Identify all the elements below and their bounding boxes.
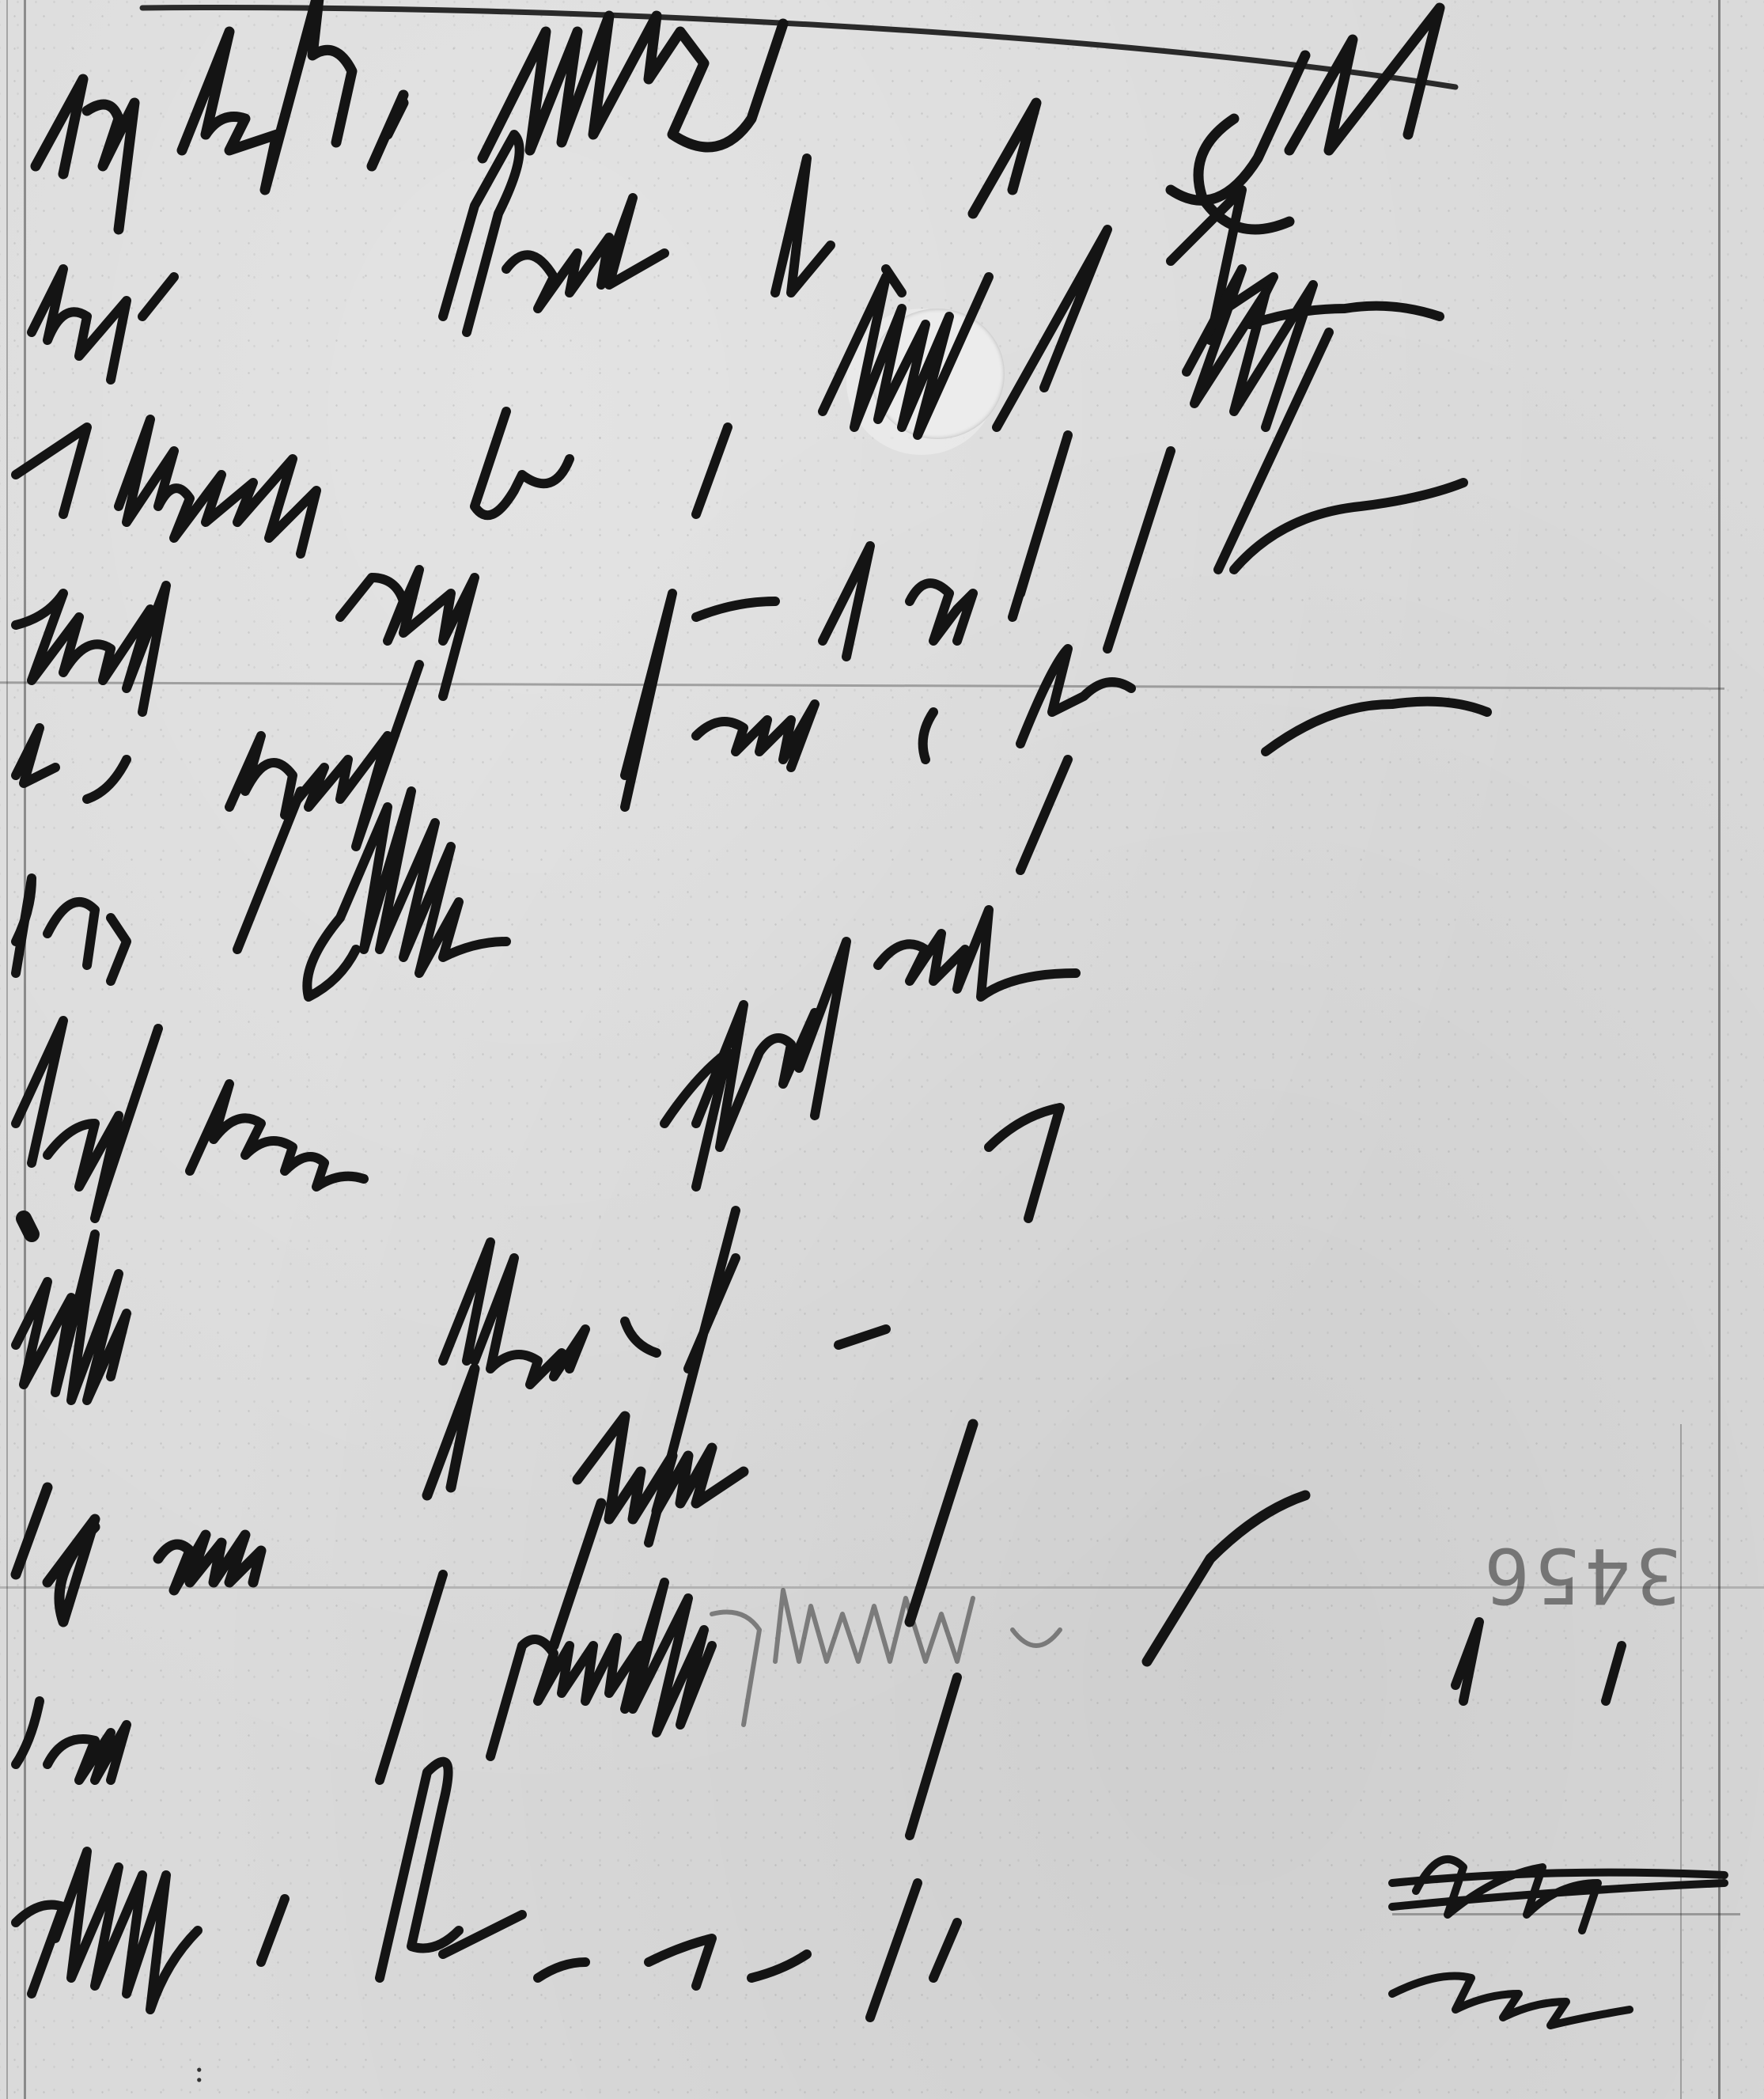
page-mark: :	[194, 2053, 204, 2090]
manuscript-line: Mensch zeigt sich	[47, 419, 895, 521]
manuscript-line: dadurch – daß	[47, 578, 719, 679]
manuscript-line: scheue Wesen	[47, 1092, 708, 1193]
manuscript-line: er nicht fassen	[47, 736, 748, 837]
manuscript-line: hält Ruhe –	[47, 1266, 581, 1367]
manuscript-line: oder Gnadenzahl	[47, 1646, 846, 1747]
manuscript-page: 3456 das beste Mittel ist das Gebet –	[0, 0, 1764, 2099]
manuscript-line: das Wollen und	[47, 902, 767, 1003]
manuscript-line: das beste Mittel ist	[47, 71, 958, 172]
manuscript-line: Wesen – ...	[47, 1820, 550, 1921]
manuscript-line: das Gebet – der	[47, 237, 785, 339]
manuscript-line: Vorren Gewalt	[47, 1440, 725, 1541]
